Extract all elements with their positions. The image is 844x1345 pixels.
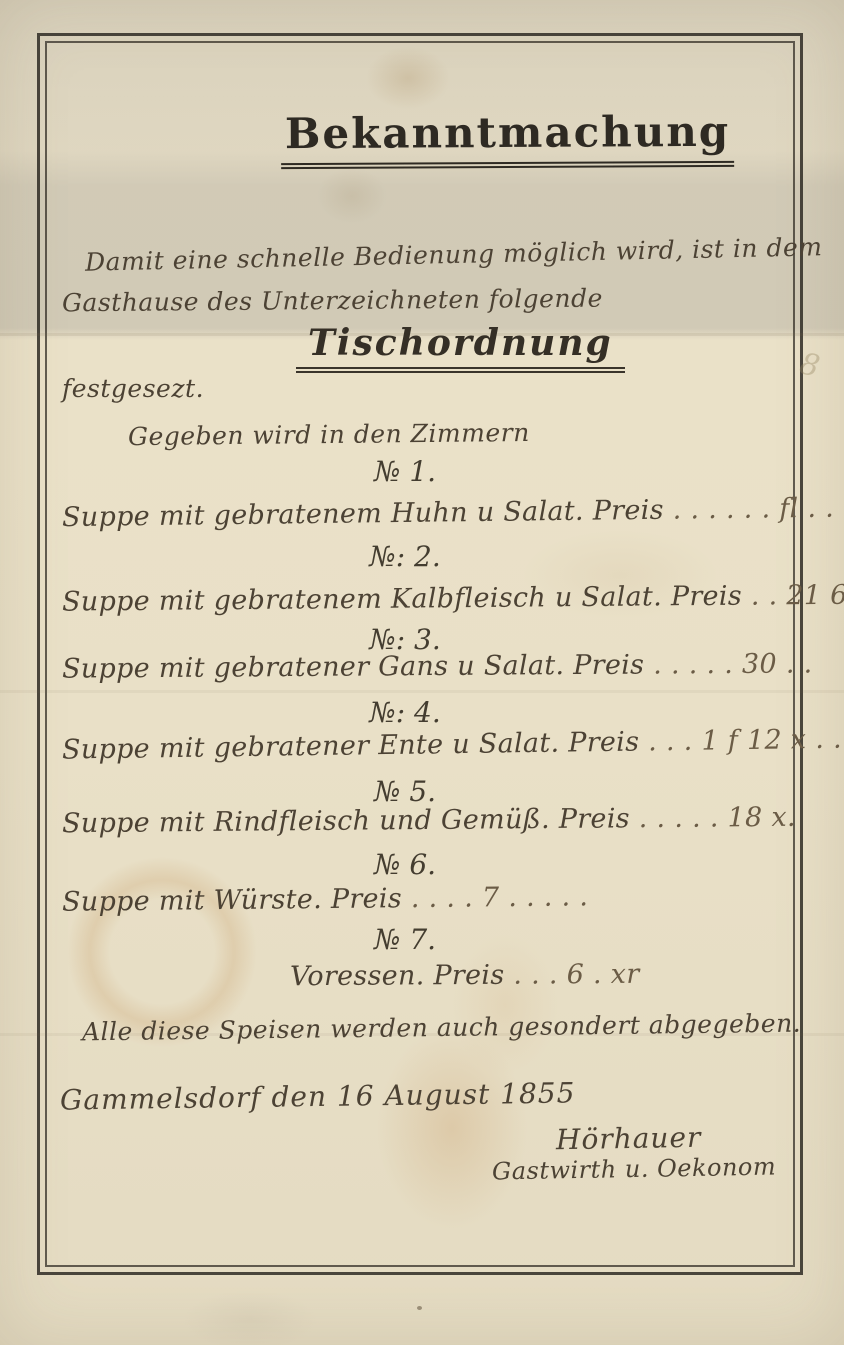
numero-glyph: №: 2. <box>369 540 441 573</box>
menu-item-5: Suppe mit Rindfleisch und Gemüß. Preis .… <box>62 802 796 839</box>
price-text: . . . . . . fl . . . . x <box>664 492 844 526</box>
item-number-2: №: 2. <box>10 540 800 573</box>
price-text: . . . . . 30 . . <box>644 648 812 680</box>
numero-glyph: №: 4. <box>369 696 441 729</box>
dish-text: Suppe mit gebratenem Kalbfleisch u Salat… <box>62 581 742 618</box>
numero-glyph: № 1. <box>374 455 436 488</box>
item-number-1: № 1. <box>10 455 800 488</box>
signature-title: Gastwirth u. Oekonom <box>492 1153 777 1186</box>
dish-text: Voressen. Preis <box>290 960 505 992</box>
numero-glyph: № 7. <box>374 923 436 956</box>
price-text: . . . 1 f 12 x . . . <box>639 723 844 757</box>
dish-text: Suppe mit Würste. Preis <box>62 883 402 918</box>
price-text: . . . . 7 . . . . . <box>402 881 589 914</box>
numero-glyph: № 5. <box>374 775 436 808</box>
subtitle-suffix-text: festgesezt. <box>62 374 204 403</box>
scanned-document-page: Bekanntmachung Damit eine schnelle Bedie… <box>0 0 844 1345</box>
menu-item-7: Voressen. Preis . . . 6 . xr <box>290 959 640 992</box>
serving-note: Gegeben wird in den Zimmern <box>128 418 530 451</box>
menu-item-6: Suppe mit Würste. Preis . . . . 7 . . . … <box>62 881 588 918</box>
signature-name: Hörhauer <box>556 1121 702 1157</box>
menu-item-3: Suppe mit gebratener Gans u Salat. Preis… <box>62 648 813 684</box>
document-title: Bekanntmachung <box>281 107 735 169</box>
document-subtitle: Tischordnung <box>296 322 625 373</box>
item-number-6: № 6. <box>10 848 800 881</box>
paper-fold-line <box>0 690 844 693</box>
price-text: . . . . . 18 x. <box>630 802 796 834</box>
intro-line-2: Gasthause des Unterzeichneten folgende <box>62 284 603 318</box>
price-text: . . . 6 . xr <box>504 959 639 991</box>
ink-speck <box>417 1306 422 1310</box>
item-number-4: №: 4. <box>10 696 800 729</box>
item-number-7: № 7. <box>10 923 800 956</box>
numero-glyph: № 6. <box>374 848 436 881</box>
price-text: . . 21 6 . . <box>742 579 844 611</box>
dish-text: Suppe mit gebratener Gans u Salat. Preis <box>62 650 644 685</box>
dish-text: Suppe mit Rindfleisch und Gemüß. Preis <box>62 803 630 839</box>
